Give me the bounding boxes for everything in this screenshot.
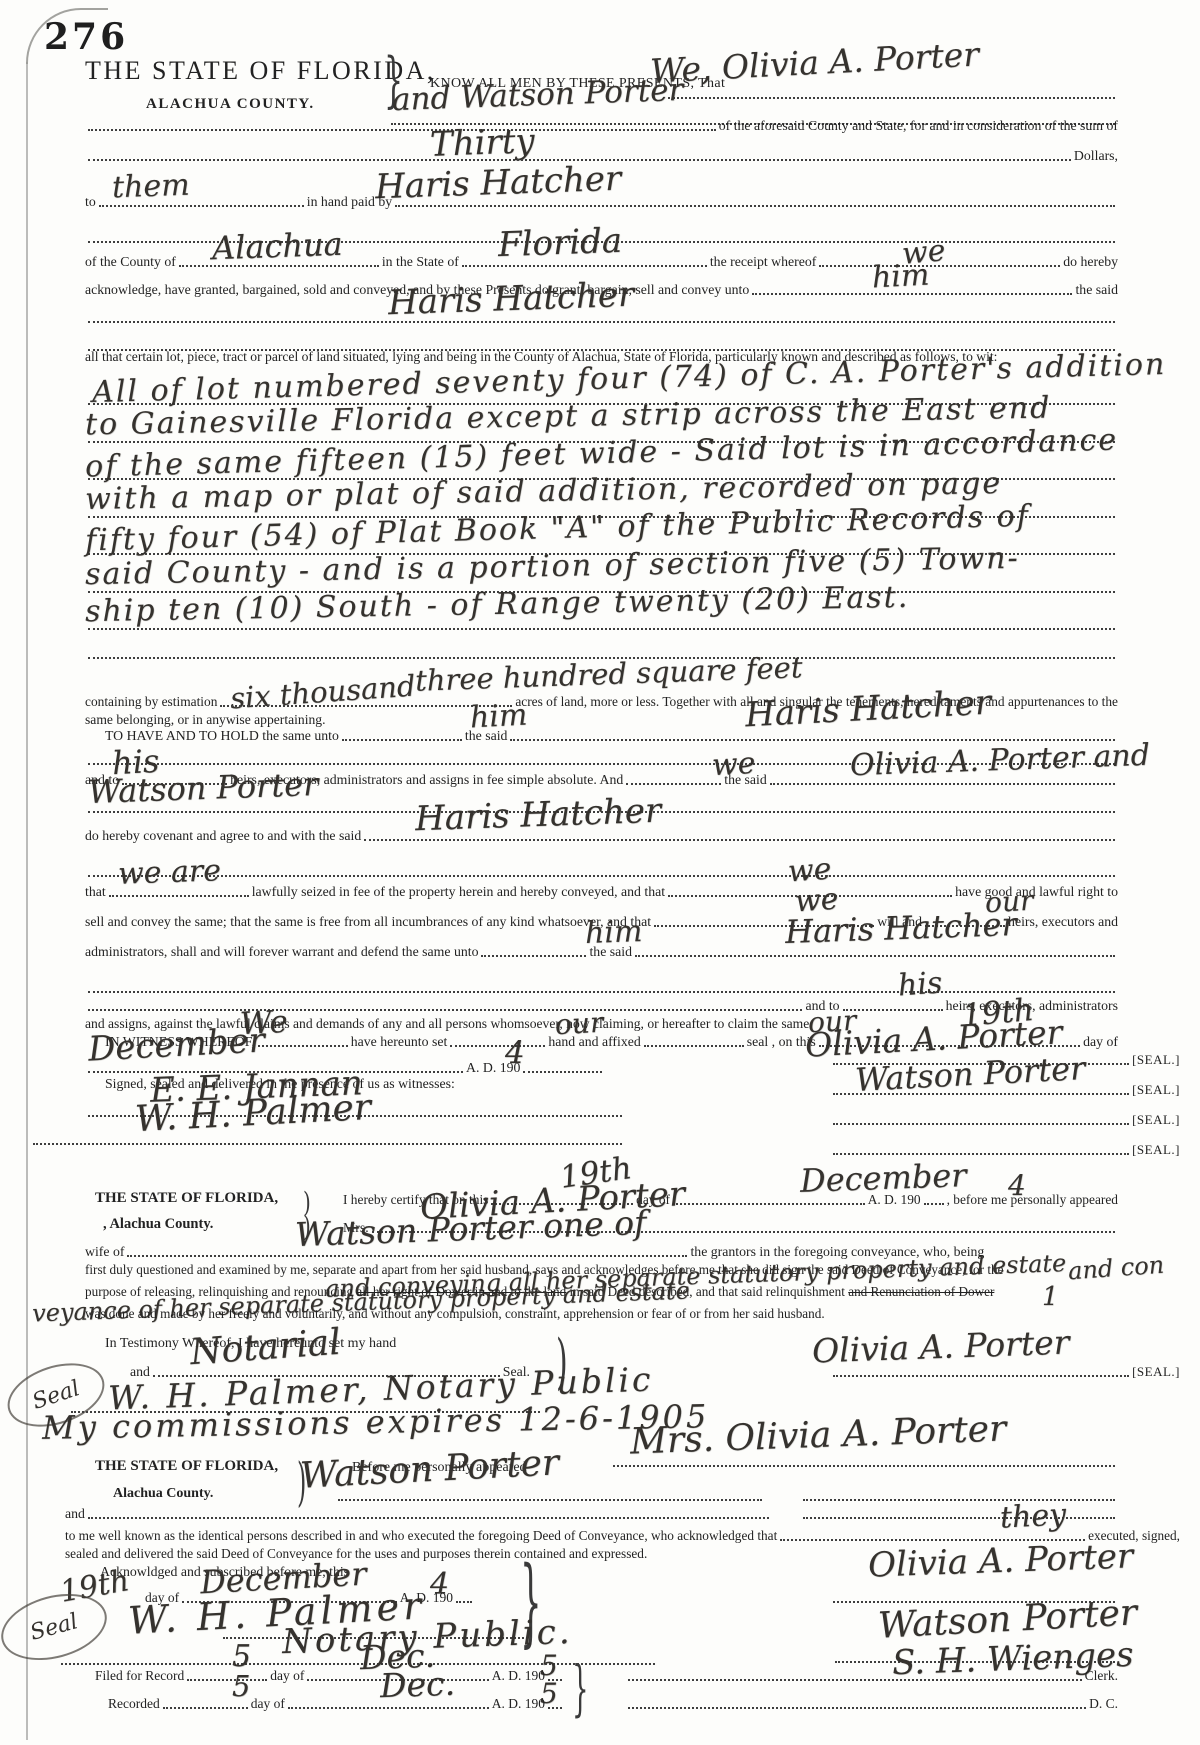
clerk-label: Clerk. <box>1085 1668 1118 1685</box>
of-county-label: of the County of <box>85 254 176 271</box>
hand-affixed-label: hand and affixed <box>548 1034 640 1051</box>
day-of-label: day of <box>1083 1034 1118 1051</box>
dotted-fill <box>88 989 1115 993</box>
form-line: Clerk. <box>625 1666 1118 1685</box>
dotted-fill <box>99 203 304 207</box>
and-label: and <box>65 1506 85 1523</box>
form-line: D. C. <box>625 1694 1118 1713</box>
dotted-fill <box>833 1091 1129 1095</box>
dotted-fill <box>803 1515 1115 1519</box>
dotted-fill <box>635 953 1115 957</box>
form-line: Recorded day of A. D. 190 <box>108 1694 565 1713</box>
dotted-fill <box>626 781 721 785</box>
form-line: to in hand paid by <box>85 192 1118 211</box>
seized-text: lawfully seized in fee of the property h… <box>252 884 665 901</box>
dotted-fill <box>109 893 249 897</box>
dotted-fill <box>770 781 1115 785</box>
dotted-fill <box>88 319 1115 323</box>
that-label: that <box>85 884 106 901</box>
seal-label: [SEAL.] <box>1132 1142 1180 1159</box>
form-line <box>610 1452 1118 1471</box>
dotted-fill <box>510 737 1115 741</box>
dotted-fill <box>338 1497 762 1501</box>
form-line <box>665 84 1118 103</box>
dotted-fill <box>833 1151 1129 1155</box>
dotted-fill <box>258 1043 348 1047</box>
administrators-text: administrators, shall and will forever w… <box>85 944 478 961</box>
form-line <box>800 1504 1118 1523</box>
dotted-fill <box>88 1515 769 1519</box>
dotted-fill <box>88 873 1115 877</box>
dotted-fill <box>803 1497 1115 1501</box>
hereunto-set-label: have hereunto set <box>351 1034 448 1051</box>
ad-190-label: A. D. 190 <box>492 1696 545 1713</box>
dc-label: D. C. <box>1089 1696 1118 1713</box>
day-of-label: day of <box>251 1696 285 1713</box>
dotted-fill <box>481 953 586 957</box>
form-title-county: ALACHUA COUNTY. <box>146 96 315 114</box>
form-line: Filed for Record day of A. D. 190 <box>95 1666 565 1685</box>
hw-commission-expires: My commissions expires 12-6-1905 <box>42 1400 710 1444</box>
form-line: that lawfully seized in fee of the prope… <box>85 882 1118 901</box>
dotted-fill <box>548 1705 562 1709</box>
seal-label: [SEAL.] <box>1132 1112 1180 1129</box>
dotted-fill <box>456 1599 472 1603</box>
dotted-fill <box>819 263 1060 267</box>
dotted-fill <box>33 1141 622 1145</box>
dotted-fill <box>673 1201 865 1205</box>
seal-line: [SEAL.] <box>830 1080 1180 1099</box>
dotted-fill <box>752 291 1072 295</box>
form-line <box>85 308 1118 327</box>
to-label: to <box>85 194 96 211</box>
covenant-text: do hereby covenant and agree to and with… <box>85 828 361 845</box>
ad-190-label: A. D. 190 <box>492 1668 545 1685</box>
containing-label: containing by estimation <box>85 694 217 711</box>
form-line <box>85 862 1118 881</box>
dotted-fill <box>88 626 1115 630</box>
dotted-fill <box>628 1677 1082 1681</box>
heirs-exec-label: heirs, executors and <box>1008 914 1118 931</box>
scan-edge-artifact <box>26 62 28 1740</box>
dotted-fill <box>179 263 379 267</box>
page-number: 276 <box>44 16 128 58</box>
receipt-label: the receipt whereof <box>710 254 816 271</box>
filed-for-record-label: Filed for Record <box>95 1668 184 1685</box>
dotted-fill <box>364 837 1115 841</box>
seal-label: [SEAL.] <box>1132 1052 1180 1069</box>
in-hand-paid-label: in hand paid by <box>307 194 392 211</box>
the-said-label: the said <box>724 772 767 789</box>
form-line: administrators, shall and will forever w… <box>85 942 1118 961</box>
dotted-fill <box>395 203 1115 207</box>
dotted-fill <box>163 1705 248 1709</box>
sell-convey-text: sell and convey the same; that the same … <box>85 914 651 931</box>
hw-notary2-signature-1: Olivia A. Porter <box>867 1539 1133 1582</box>
wife-of-label: wife of <box>85 1244 124 1261</box>
hw-caret-mark: 1 <box>1042 1284 1059 1310</box>
seal-line: [SEAL.] <box>830 1140 1180 1159</box>
form-line: TO HAVE AND TO HOLD the same unto the sa… <box>105 726 1118 745</box>
dotted-fill <box>523 1069 602 1073</box>
dotted-fill <box>288 1705 489 1709</box>
appeared-text: , before me personally appeared <box>947 1192 1118 1209</box>
dotted-fill <box>61 1661 655 1665</box>
struck-renunciation-text: and Renunciation of Dower <box>848 1284 994 1301</box>
the-said-label: the said <box>1075 282 1118 299</box>
dotted-fill <box>613 1463 1115 1467</box>
dotted-fill <box>924 1201 944 1205</box>
the-said-label: the said <box>465 728 508 745</box>
dotted-fill <box>833 1121 1129 1125</box>
lawful-right-text: have good and lawful right to <box>955 884 1118 901</box>
hw-interlineation-2: and con <box>1067 1253 1165 1284</box>
seal-label: [SEAL.] <box>1132 1082 1180 1099</box>
seal-line: [SEAL.] <box>830 1362 1180 1381</box>
dotted-fill <box>462 263 707 267</box>
hw-grantor-names-1: We, Olivia A. Porter <box>649 37 979 87</box>
dotted-fill <box>843 1007 943 1011</box>
dotted-fill <box>342 737 462 741</box>
dollars-label: Dollars, <box>1074 148 1118 165</box>
the-said-label: the said <box>589 944 632 961</box>
dotted-fill <box>450 1043 545 1047</box>
dotted-fill <box>628 1705 1086 1709</box>
form-line <box>335 1486 765 1505</box>
hw-seal-word: Seal <box>27 1609 80 1646</box>
do-hereby-label: do hereby <box>1063 254 1118 271</box>
form-line: of the aforesaid County and State, for a… <box>85 116 1118 135</box>
seal-label: [SEAL.] <box>1132 1364 1180 1381</box>
dotted-fill <box>88 1007 802 1011</box>
dotted-fill <box>668 95 1115 99</box>
form-line <box>85 978 1118 997</box>
form-line <box>800 1486 1118 1505</box>
dotted-fill <box>833 1373 1129 1377</box>
dotted-fill <box>88 127 716 131</box>
notary2-state: THE STATE OF FLORIDA, <box>95 1458 278 1476</box>
in-state-label: in the State of <box>382 254 459 271</box>
recorded-label: Recorded <box>108 1696 160 1713</box>
ad-190-label: A. D. 190 <box>868 1192 921 1209</box>
deed-record-page: 276 THE STATE OF FLORIDA, } KNOW ALL MEN… <box>0 0 1200 1745</box>
well-known-text: to me well known as the identical person… <box>65 1528 777 1545</box>
ad-190-label: A. D. 190 <box>466 1060 520 1077</box>
record-brace: } <box>572 1660 589 1720</box>
notary2-county: Alachua County. <box>113 1486 213 1503</box>
freely-text: was done and made by her freely and volu… <box>85 1306 825 1323</box>
notary1-county: , Alachua County. <box>103 1216 213 1234</box>
witness-line <box>30 1130 625 1149</box>
dotted-fill <box>127 1253 687 1257</box>
dotted-fill <box>644 1043 744 1047</box>
form-line: and <box>65 1504 772 1523</box>
aforesaid-text: of the aforesaid County and State, for a… <box>719 118 1118 135</box>
notary1-state: THE STATE OF FLORIDA, <box>95 1190 278 1208</box>
seal-line: [SEAL.] <box>830 1110 1180 1129</box>
form-line: do hereby covenant and agree to and with… <box>85 826 1118 845</box>
dotted-fill <box>187 1677 267 1681</box>
form-line: of the County of in the State of the rec… <box>85 252 1118 271</box>
day-of-label: day of <box>270 1668 304 1685</box>
